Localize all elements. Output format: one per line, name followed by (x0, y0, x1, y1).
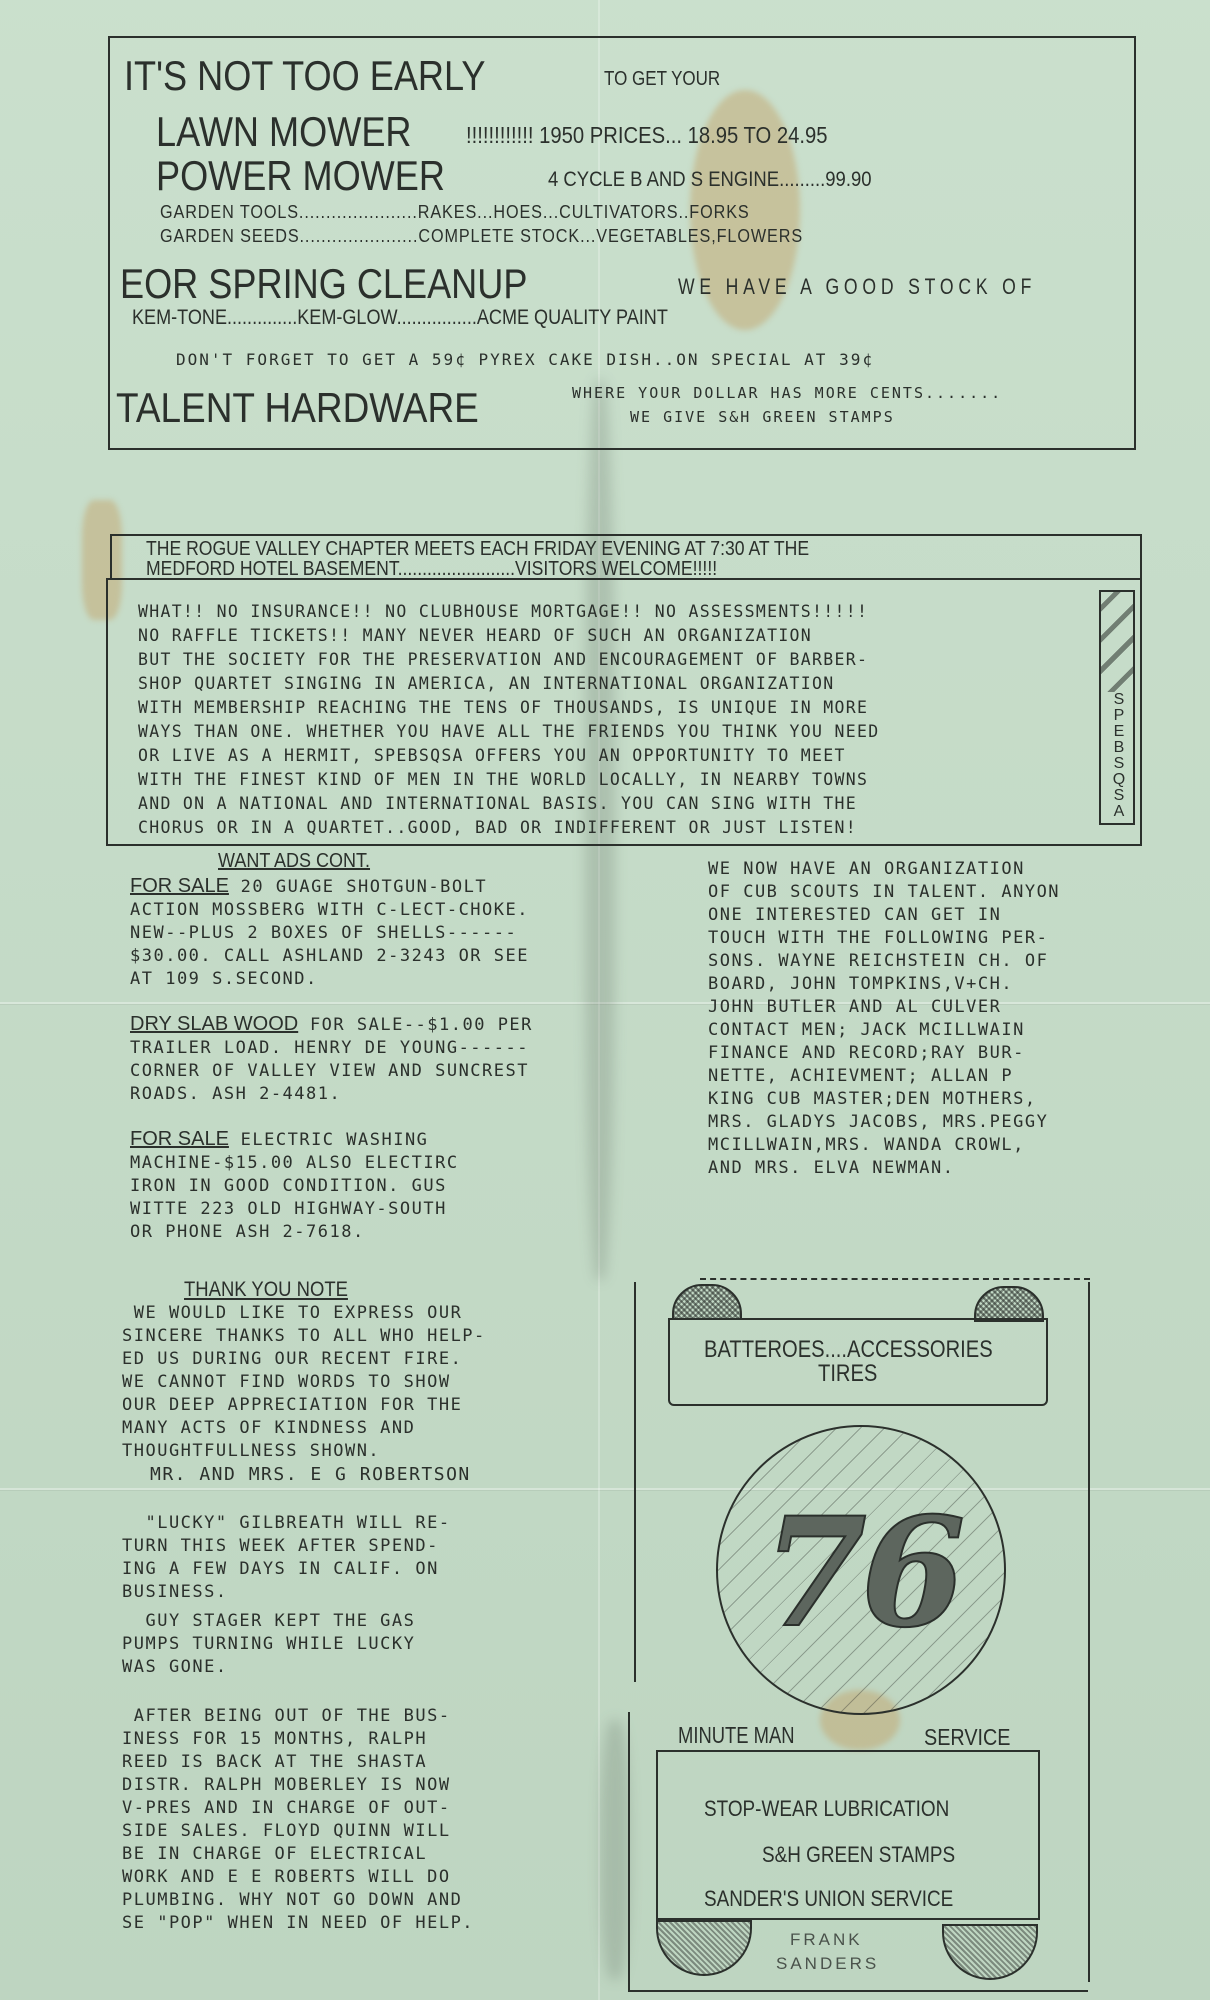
article-line: WAYS THAN ONE. WHETHER YOU HAVE ALL THE … (138, 720, 879, 744)
side-panel-label: SPEBSQSA (1109, 692, 1129, 820)
cub-scouts-line: KING CUB MASTER;DEN MOTHERS, (708, 1088, 1158, 1111)
want-ads-heading: WANT ADS CONT. (218, 850, 589, 873)
ad-text: ROADS. ASH 2-4481. (130, 1084, 341, 1104)
cub-scouts-line: JOHN BUTLER AND AL CULVER (708, 996, 1158, 1019)
thank-you-note: THANK YOU NOTE WE WOULD LIKE TO EXPRESS … (122, 1278, 602, 1487)
ad-line: $30.00. CALL ASHLAND 2-3243 OR SEE (130, 945, 630, 968)
cub-scouts-line: MRS. GLADYS JACOBS, MRS.PEGGY (708, 1111, 1158, 1134)
article-line: WITH MEMBERSHIP REACHING THE TENS OF THO… (138, 696, 879, 720)
chapter-meeting-notice: THE ROGUE VALLEY CHAPTER MEETS EACH FRID… (110, 534, 1142, 580)
garden-tools-line: GARDEN TOOLS......................RAKES.… (160, 202, 750, 223)
ad-text: ACTION MOSSBERG WITH C-LECT-CHOKE. (130, 900, 529, 920)
news-line: WAS GONE. (122, 1656, 602, 1679)
article-line: AND ON A NATIONAL AND INTERNATIONAL BASI… (138, 792, 879, 816)
ad-line: AT 109 S.SECOND. (130, 968, 630, 991)
green-stamps-note: WE GIVE S&H GREEN STAMPS (630, 408, 895, 426)
ad-text: IRON IN GOOD CONDITION. GUS (130, 1176, 447, 1196)
thank-you-heading: THANK YOU NOTE (184, 1278, 552, 1302)
ad-text: AT 109 S.SECOND. (130, 969, 318, 989)
thank-you-line: SINCERE THANKS TO ALL WHO HELP- (122, 1325, 602, 1348)
news-line: ING A FEW DAYS IN CALIF. ON (122, 1558, 602, 1581)
tires-text: TIRES (818, 1360, 877, 1388)
owner-last-name: SANDERS (776, 1954, 879, 1974)
spring-cleanup-label: EOR SPRING CLEANUP (120, 260, 527, 308)
news-line: PUMPS TURNING WHILE LUCKY (122, 1633, 602, 1656)
spebsqsa-side-panel: SPEBSQSA (1099, 590, 1135, 825)
ad-line: ACTION MOSSBERG WITH C-LECT-CHOKE. (130, 899, 630, 922)
ad-line: FOR SALE 20 GUAGE SHOTGUN-BOLT (130, 875, 630, 899)
thank-you-line: THOUGHTFULLNESS SHOWN. (122, 1440, 602, 1463)
green-stamps-text: S&H GREEN STAMPS (762, 1842, 955, 1868)
cub-scouts-notice: WE NOW HAVE AN ORGANIZATIONOF CUB SCOUTS… (708, 858, 1158, 1180)
article-line: NO RAFFLE TICKETS!! MANY NEVER HEARD OF … (138, 624, 879, 648)
headline: IT'S NOT TOO EARLY (124, 52, 486, 100)
ad-text: FOR SALE--$1.00 PER (298, 1015, 533, 1035)
news-line: DISTR. RALPH MOBERLEY IS NOW (122, 1774, 602, 1797)
ad-border-bottom (628, 1990, 1088, 1992)
ad-lead: FOR SALE (130, 875, 229, 897)
store-name: TALENT HARDWARE (116, 384, 479, 432)
logo-number: 76 (718, 1485, 1004, 1661)
news-item: "LUCKY" GILBREATH WILL RE-TURN THIS WEEK… (122, 1512, 602, 1604)
lawn-mower-detail: !!!!!!!!!!!! 1950 PRICES... 18.95 TO 24.… (466, 122, 828, 149)
news-line: REED IS BACK AT THE SHASTA (122, 1751, 602, 1774)
news-line: V-PRES AND IN CHARGE OF OUT- (122, 1797, 602, 1820)
article-line: BUT THE SOCIETY FOR THE PRESERVATION AND… (138, 648, 879, 672)
ad-line: FOR SALE ELECTRIC WASHING (130, 1128, 630, 1152)
cub-scouts-line: FINANCE AND RECORD;RAY BUR- (708, 1042, 1158, 1065)
slogan: WHERE YOUR DOLLAR HAS MORE CENTS....... (572, 384, 1002, 402)
article-line: SHOP QUARTET SINGING IN AMERICA, AN INTE… (138, 672, 879, 696)
cub-scouts-line: MCILLWAIN,MRS. WANDA CROWL, (708, 1134, 1158, 1157)
news-line: INESS FOR 15 MONTHS, RALPH (122, 1728, 602, 1751)
union-76-logo: 76 (716, 1425, 1006, 1715)
ads-list: FOR SALE 20 GUAGE SHOTGUN-BOLTACTION MOS… (130, 875, 630, 1244)
thank-you-line: ED US DURING OUR RECENT FIRE. (122, 1348, 602, 1371)
lubrication-text: STOP-WEAR LUBRICATION (704, 1796, 949, 1822)
ad-text: $30.00. CALL ASHLAND 2-3243 OR SEE (130, 946, 529, 966)
ad-line: ROADS. ASH 2-4481. (130, 1083, 630, 1106)
thank-you-signature: MR. AND MRS. E G ROBERTSON (150, 1463, 602, 1487)
garden-seeds-line: GARDEN SEEDS......................COMPLE… (160, 226, 803, 247)
article-line: CHORUS OR IN A QUARTET..GOOD, BAD OR IND… (138, 816, 879, 840)
ink-smudge (600, 1720, 630, 1980)
news-item: AFTER BEING OUT OF THE BUS-INESS FOR 15 … (122, 1705, 602, 1935)
article-line: WITH THE FINEST KIND OF MEN IN THE WORLD… (138, 768, 879, 792)
ad-text: NEW--PLUS 2 BOXES OF SHELLS------ (130, 923, 517, 943)
paint-brands-line: KEM-TONE..............KEM-GLOW..........… (132, 306, 668, 330)
thank-you-body: WE WOULD LIKE TO EXPRESS OURSINCERE THAN… (122, 1302, 602, 1463)
minute-man-text: MINUTE MAN (678, 1722, 795, 1749)
ad-line: TRAILER LOAD. HENRY DE YOUNG------ (130, 1037, 630, 1060)
ad-border-top (700, 1278, 1090, 1280)
ad-line: DRY SLAB WOOD FOR SALE--$1.00 PER (130, 1013, 630, 1037)
cub-scouts-line: AND MRS. ELVA NEWMAN. (708, 1157, 1158, 1180)
ad-line: MACHINE-$15.00 ALSO ELECTIRC (130, 1152, 630, 1175)
news-line: BUSINESS. (122, 1581, 602, 1604)
news-line: BE IN CHARGE OF ELECTRICAL (122, 1843, 602, 1866)
ad-line: IRON IN GOOD CONDITION. GUS (130, 1175, 630, 1198)
local-news: "LUCKY" GILBREATH WILL RE-TURN THIS WEEK… (122, 1512, 602, 1935)
news-item: GUY STAGER KEPT THE GASPUMPS TURNING WHI… (122, 1610, 602, 1679)
ad-border-line (634, 1282, 636, 1682)
news-line: TURN THIS WEEK AFTER SPEND- (122, 1535, 602, 1558)
ad-text: 20 GUAGE SHOTGUN-BOLT (229, 877, 487, 897)
barbershop-society-article: WHAT!! NO INSURANCE!! NO CLUBHOUSE MORTG… (106, 578, 1142, 846)
ad-text: WITTE 223 OLD HIGHWAY-SOUTH (130, 1199, 447, 1219)
ad-text: ELECTRIC WASHING (229, 1130, 429, 1150)
owner-first-name: FRANK (790, 1930, 863, 1950)
article-line: WHAT!! NO INSURANCE!! NO CLUBHOUSE MORTG… (138, 600, 879, 624)
lawn-mower-label: LAWN MOWER (156, 108, 412, 156)
battery-banner: BATTEROES....ACCESSORIES TIRES (668, 1318, 1048, 1406)
want-ad: DRY SLAB WOOD FOR SALE--$1.00 PERTRAILER… (130, 1013, 630, 1106)
cub-scouts-line: OF CUB SCOUTS IN TALENT. ANYON (708, 881, 1158, 904)
ad-line: OR PHONE ASH 2-7618. (130, 1221, 630, 1244)
ad-text: CORNER OF VALLEY VIEW AND SUNCREST (130, 1061, 529, 1081)
spring-cleanup-detail: WE HAVE A GOOD STOCK OF (678, 274, 1036, 300)
ad-line: WITTE 223 OLD HIGHWAY-SOUTH (130, 1198, 630, 1221)
pyrex-special: DON'T FORGET TO GET A 59¢ PYREX CAKE DIS… (176, 350, 874, 369)
ad-text: OR PHONE ASH 2-7618. (130, 1222, 365, 1242)
ad-line: CORNER OF VALLEY VIEW AND SUNCREST (130, 1060, 630, 1083)
thank-you-line: WE CANNOT FIND WORDS TO SHOW (122, 1371, 602, 1394)
ad-border-line (1088, 1282, 1090, 1982)
news-line: AFTER BEING OUT OF THE BUS- (122, 1705, 602, 1728)
want-ad: FOR SALE 20 GUAGE SHOTGUN-BOLTACTION MOS… (130, 875, 630, 991)
want-ads-section: WANT ADS CONT. FOR SALE 20 GUAGE SHOTGUN… (130, 850, 630, 1244)
ad-text: MACHINE-$15.00 ALSO ELECTIRC (130, 1153, 459, 1173)
service-text: SERVICE (924, 1724, 1010, 1751)
news-line: PLUMBING. WHY NOT GO DOWN AND (122, 1889, 602, 1912)
power-mower-detail: 4 CYCLE B AND S ENGINE.........99.90 (548, 168, 872, 192)
ad-line: NEW--PLUS 2 BOXES OF SHELLS------ (130, 922, 630, 945)
hardware-advertisement: IT'S NOT TOO EARLY TO GET YOUR LAWN MOWE… (108, 36, 1136, 450)
thank-you-line: OUR DEEP APPRECIATION FOR THE (122, 1394, 602, 1417)
ad-lead: FOR SALE (130, 1128, 229, 1150)
power-mower-label: POWER MOWER (156, 152, 445, 200)
cub-scouts-line: CONTACT MEN; JACK MCILLWAIN (708, 1019, 1158, 1042)
cub-scouts-line: ONE INTERESTED CAN GET IN (708, 904, 1158, 927)
ad-border-line (628, 1712, 630, 1992)
cub-scouts-line: WE NOW HAVE AN ORGANIZATION (708, 858, 1158, 881)
news-line: WORK AND E E ROBERTS WILL DO (122, 1866, 602, 1889)
fold-crease (0, 1488, 1210, 1490)
cub-scouts-line: TOUCH WITH THE FOLLOWING PER- (708, 927, 1158, 950)
ad-lead: DRY SLAB WOOD (130, 1013, 298, 1035)
cub-scouts-line: SONS. WAYNE REICHSTEIN CH. OF (708, 950, 1158, 973)
service-station-box: STOP-WEAR LUBRICATION S&H GREEN STAMPS S… (656, 1750, 1040, 1920)
news-line: GUY STAGER KEPT THE GAS (122, 1610, 602, 1633)
want-ad: FOR SALE ELECTRIC WASHINGMACHINE-$15.00 … (130, 1128, 630, 1244)
thank-you-line: WE WOULD LIKE TO EXPRESS OUR (122, 1302, 602, 1325)
news-line: "LUCKY" GILBREATH WILL RE- (122, 1512, 602, 1535)
cub-scouts-line: NETTE, ACHIEVMENT; ALLAN P (708, 1065, 1158, 1088)
headline-tail: TO GET YOUR (604, 68, 720, 91)
article-body: WHAT!! NO INSURANCE!! NO CLUBHOUSE MORTG… (138, 600, 879, 840)
news-line: SE "POP" WHEN IN NEED OF HELP. (122, 1912, 602, 1935)
cub-scouts-line: BOARD, JOHN TOMPKINS,V+CH. (708, 973, 1158, 996)
news-line: SIDE SALES. FLOYD QUINN WILL (122, 1820, 602, 1843)
station-name: SANDER'S UNION SERVICE (704, 1886, 953, 1912)
ad-text: TRAILER LOAD. HENRY DE YOUNG------ (130, 1038, 529, 1058)
article-line: OR LIVE AS A HERMIT, SPEBSQSA OFFERS YOU… (138, 744, 879, 768)
thank-you-line: MANY ACTS OF KINDNESS AND (122, 1417, 602, 1440)
